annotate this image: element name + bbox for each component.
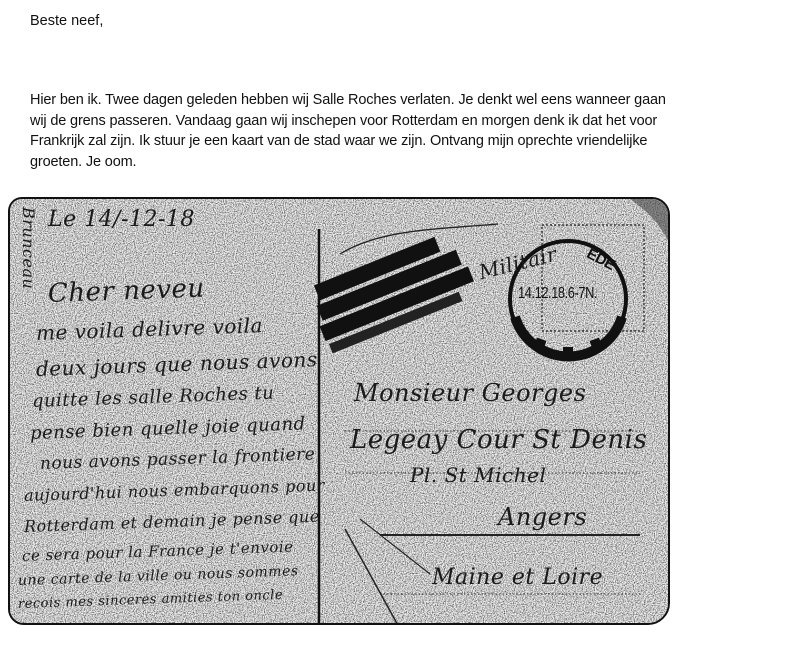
address-line: Monsieur Georges (354, 379, 586, 407)
letter-line: groeten. Je oom. (30, 152, 790, 173)
postmark-date: 14.12.18.6-7N. (518, 285, 597, 303)
greeting: Beste neef, (30, 13, 103, 29)
letter-line: Frankrijk zal zijn. Ik stuur je een kaar… (30, 131, 790, 152)
address-line: Maine et Loire (432, 565, 603, 590)
postcard-side-name: Brunceau (19, 207, 38, 289)
letter-line: wij de grens passeren. Vandaag gaan wij … (30, 111, 790, 132)
message-line: Cher neveu (47, 274, 205, 309)
address-line: Legeay Cour St Denis (350, 425, 647, 455)
letter-line: Hier ben ik. Twee dagen geleden hebben w… (30, 90, 790, 111)
postcard-image: Le 14/-12-18 Brunceau Cher neveu me voil… (8, 197, 670, 625)
address-line: Pl. St Michel (410, 463, 546, 487)
address-line: Angers (498, 503, 587, 531)
letter-body: Hier ben ik. Twee dagen geleden hebben w… (30, 90, 790, 172)
postcard-date: Le 14/-12-18 (48, 207, 195, 232)
